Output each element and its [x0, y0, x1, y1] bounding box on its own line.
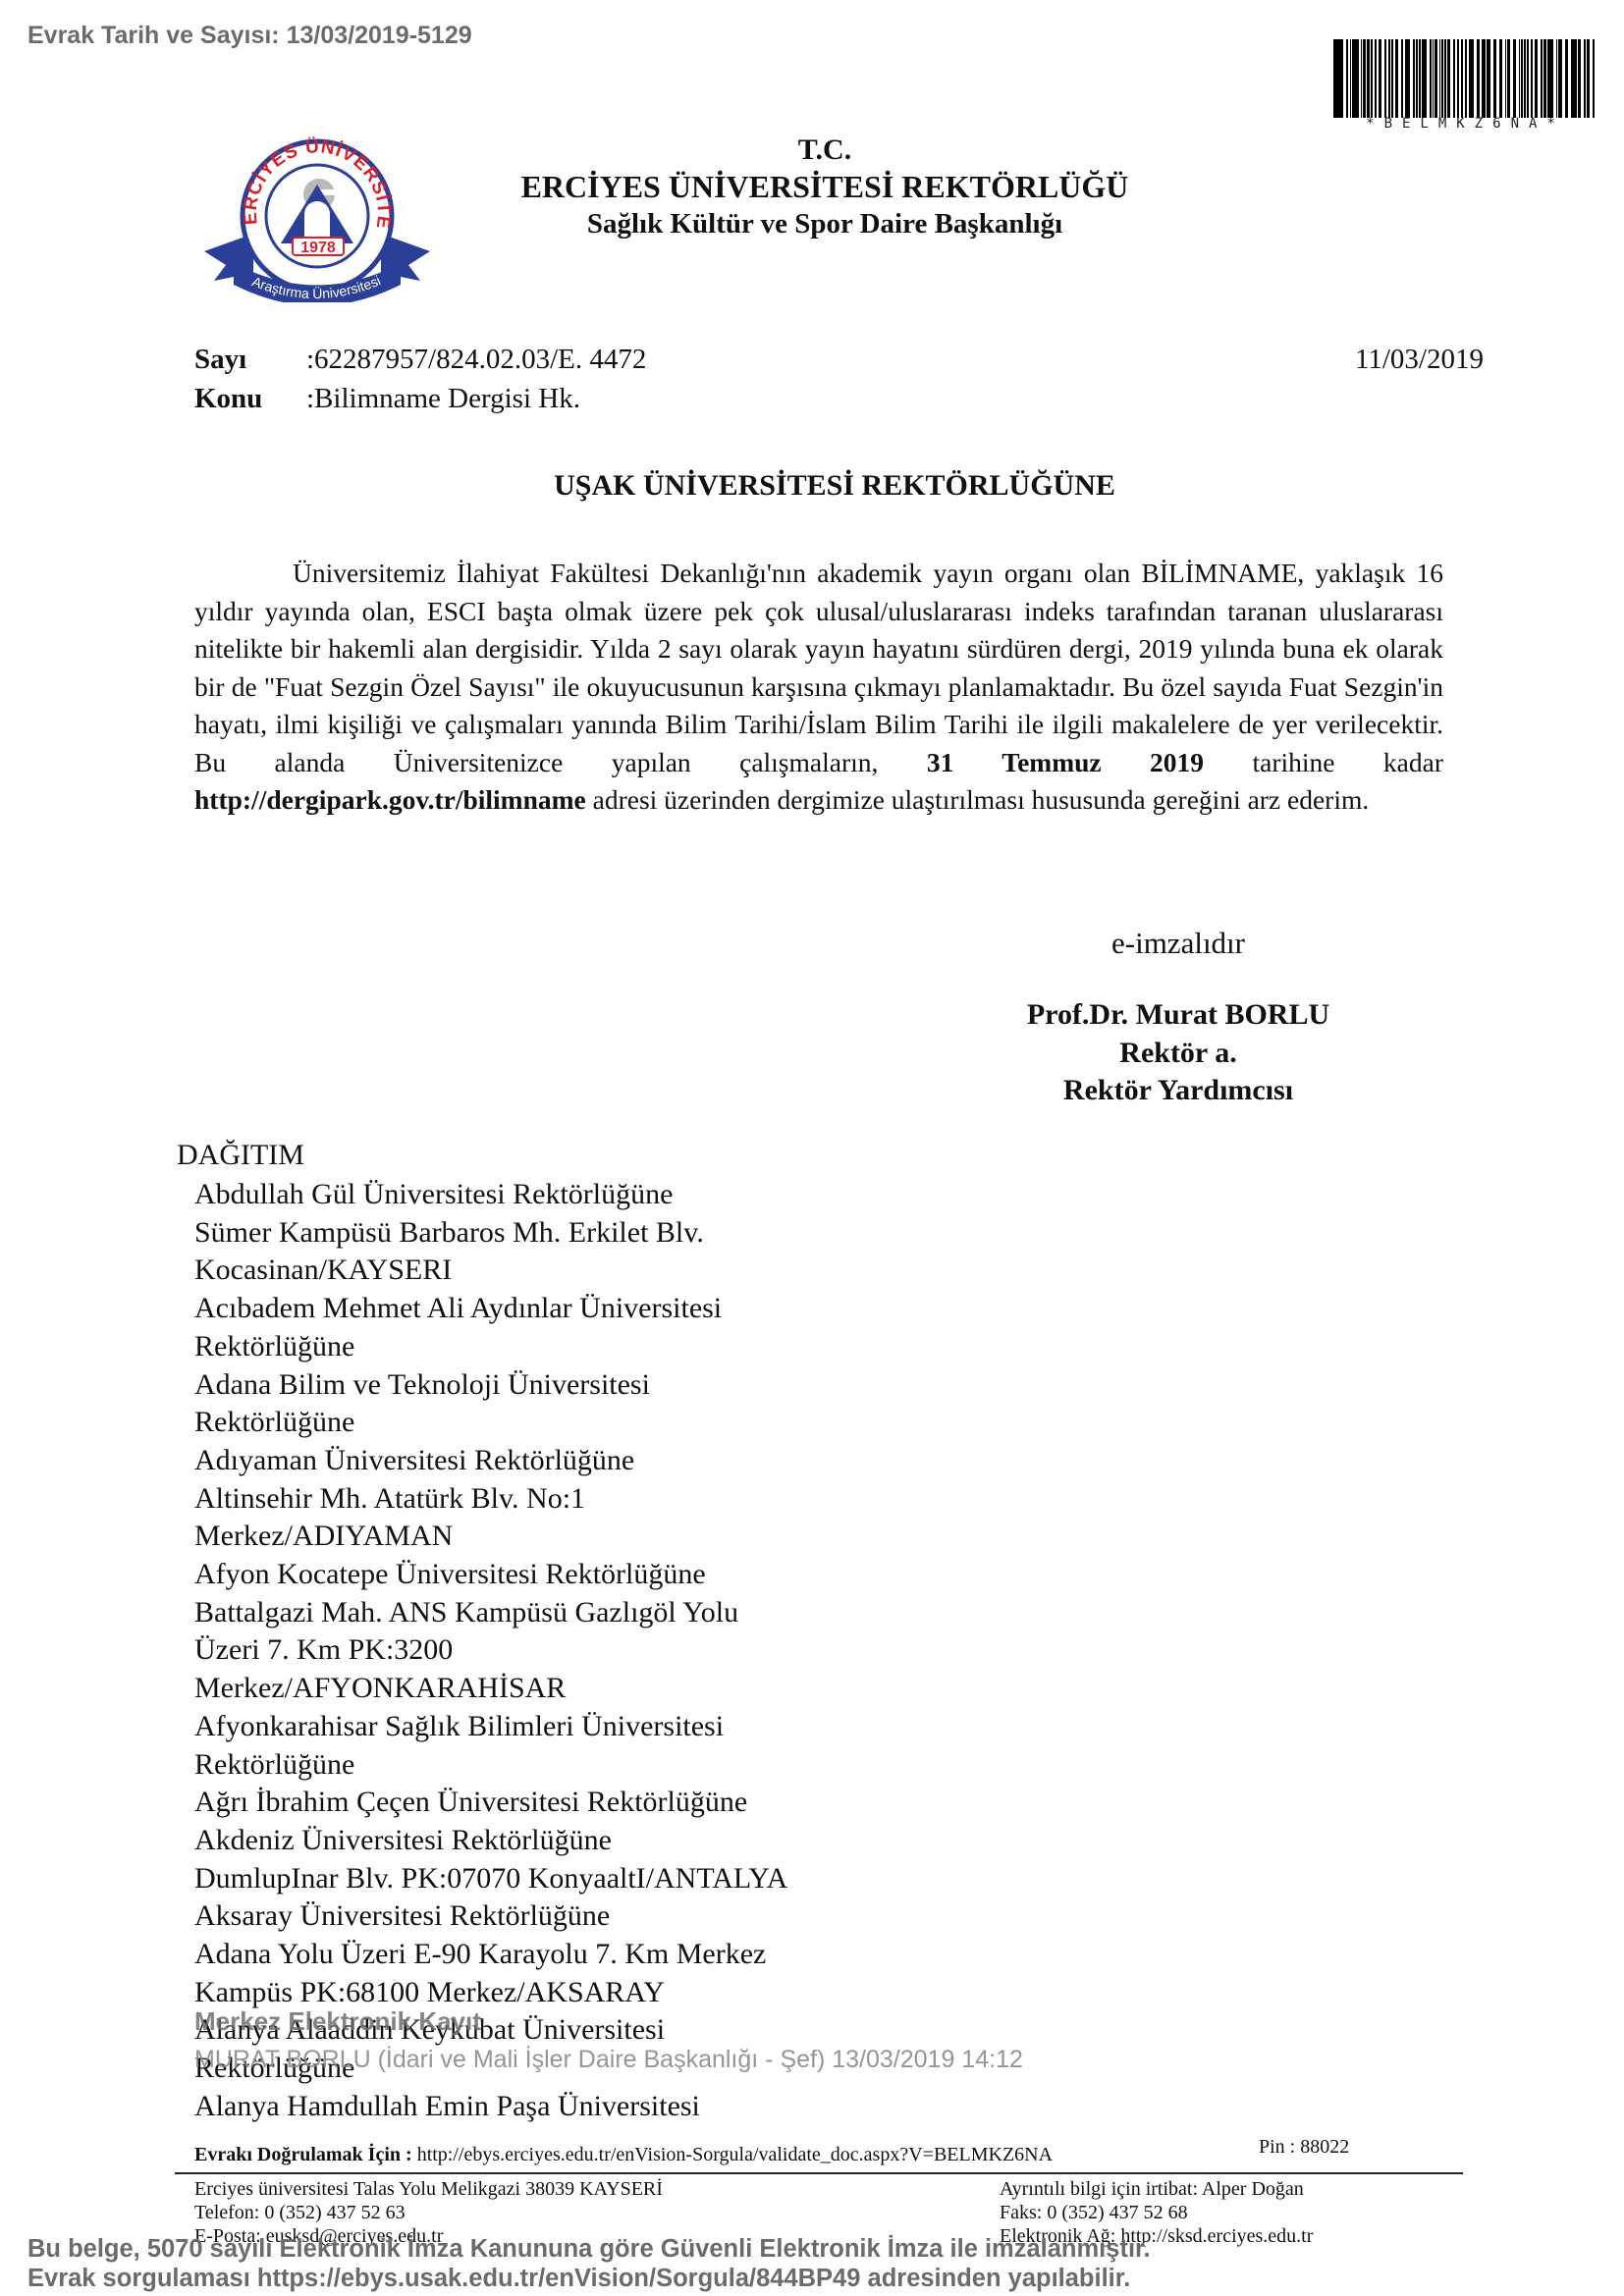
signatory-title-2: Rektör Yardımcısı [933, 1074, 1424, 1107]
konu-label: Konu [194, 383, 262, 415]
distribution-title: DAĞITIM [177, 1139, 304, 1172]
document-date: 11/03/2019 [1355, 344, 1484, 376]
body-part2: tarihine kadar [1204, 747, 1443, 777]
signature-status: e-imzalıdır [933, 926, 1424, 961]
verification-line: Evrakı Doğrulamak İçin : http://ebys.erc… [194, 2144, 1053, 2166]
sayi-value: :62287957/824.02.03/E. 4472 [306, 344, 646, 376]
footer-address: Erciyes üniversitesi Talas Yolu Melikgaz… [194, 2177, 663, 2201]
header-tc: T.C. [471, 133, 1178, 167]
distribution-list: Abdullah Gül Üniversitesi RektörlüğüneSü… [194, 1176, 787, 2126]
verification-label: Evrakı Doğrulamak İçin : [194, 2144, 412, 2165]
e-signature-notice: Bu belge, 5070 sayılı Elektronik İmza Ka… [27, 2234, 1151, 2293]
signatory-title-1: Rektör a. [933, 1037, 1424, 1070]
distribution-item: Akdeniz Üniversitesi Rektörlüğüne [194, 1822, 787, 1860]
body-deadline: 31 Temmuz 2019 [927, 747, 1204, 777]
distribution-item: DumlupInar Blv. PK:07070 KonyaaltI/ANTAL… [194, 1860, 787, 1898]
distribution-item: Kocasinan/KAYSERI [194, 1252, 787, 1290]
distribution-item: Adana Bilim ve Teknoloji Üniversitesi [194, 1366, 787, 1405]
distribution-item: Sümer Kampüsü Barbaros Mh. Erkilet Blv. [194, 1214, 787, 1253]
header-department: Sağlık Kültür ve Spor Daire Başkanlığı [471, 208, 1178, 240]
signatory-name: Prof.Dr. Murat BORLU [933, 998, 1424, 1032]
distribution-item: Üzeri 7. Km PK:3200 [194, 1631, 787, 1670]
footer-fax: Faks: 0 (352) 437 52 68 [1000, 2201, 1313, 2224]
footer-divider [175, 2172, 1463, 2174]
distribution-item: Adana Yolu Üzeri E-90 Karayolu 7. Km Mer… [194, 1936, 787, 1974]
distribution-item: Ağrı İbrahim Çeçen Üniversitesi Rektörlü… [194, 1784, 787, 1822]
distribution-item: Afyonkarahisar Sağlık Bilimleri Üniversi… [194, 1708, 787, 1746]
distribution-item: Aksaray Üniversitesi Rektörlüğüne [194, 1897, 787, 1936]
distribution-item: Altinsehir Mh. Atatürk Blv. No:1 [194, 1480, 787, 1519]
logo-year: 1978 [300, 240, 336, 256]
distribution-item: Rektörlüğüne [194, 1746, 787, 1785]
body-url[interactable]: http://dergipark.gov.tr/bilimname [194, 784, 586, 815]
distribution-item: Alanya Hamdullah Emin Paşa Üniversitesi [194, 2088, 787, 2126]
header-institution: ERCİYES ÜNİVERSİTESİ REKTÖRLÜĞÜ [471, 169, 1178, 205]
e-signature-line-2: Evrak sorgulaması https://ebys.usak.edu.… [27, 2264, 1151, 2293]
letter-body: Üniversitemiz İlahiyat Fakültesi Dekanlı… [194, 555, 1443, 820]
distribution-item: Merkez/ADIYAMAN [194, 1518, 787, 1556]
footer-phone: Telefon: 0 (352) 437 52 63 [194, 2201, 663, 2224]
distribution-item: Merkez/AFYONKARAHİSAR [194, 1670, 787, 1708]
barcode-text: *BELMKZ6NA* [1326, 116, 1605, 132]
sayi-label: Sayı [194, 344, 246, 376]
document-date-number-stamp: Evrak Tarih ve Sayısı: 13/03/2019-5129 [27, 22, 472, 50]
distribution-item: Rektörlüğüne [194, 1328, 787, 1366]
distribution-item: Battalgazi Mah. ANS Kampüsü Gazlıgöl Yol… [194, 1594, 787, 1632]
registrar-overlay: MURAT BORLU (İdari ve Mali İşler Daire B… [194, 2046, 1023, 2074]
konu-value: :Bilimname Dergisi Hk. [306, 383, 580, 415]
distribution-item: Rektörlüğüne [194, 1404, 787, 1442]
pin-code: Pin : 88022 [1259, 2136, 1349, 2159]
university-logo-icon: ERCİYES ÜNİVERSİTESİ 1978 Araştırma Üniv… [185, 135, 450, 302]
registry-overlay: Merkez Elektronik Kayıt [194, 2006, 481, 2037]
e-signature-line-1: Bu belge, 5070 sayılı Elektronik İmza Ka… [27, 2234, 1151, 2264]
addressee: UŞAK ÜNİVERSİTESİ REKTÖRLÜĞÜNE [177, 469, 1492, 503]
distribution-item: Afyon Kocatepe Üniversitesi Rektörlüğüne [194, 1556, 787, 1594]
distribution-item: Acıbadem Mehmet Ali Aydınlar Üniversites… [194, 1290, 787, 1328]
verification-url[interactable]: http://ebys.erciyes.edu.tr/enVision-Sorg… [417, 2144, 1053, 2165]
barcode-icon [1331, 39, 1597, 118]
footer-contact: Ayrıntılı bilgi için irtibat: Alper Doğa… [1000, 2177, 1313, 2201]
distribution-item: Abdullah Gül Üniversitesi Rektörlüğüne [194, 1176, 787, 1214]
body-part3: adresi üzerinden dergimize ulaştırılması… [586, 784, 1370, 815]
body-part1: Üniversitemiz İlahiyat Fakültesi Dekanlı… [194, 558, 1443, 777]
distribution-item: Adıyaman Üniversitesi Rektörlüğüne [194, 1442, 787, 1480]
